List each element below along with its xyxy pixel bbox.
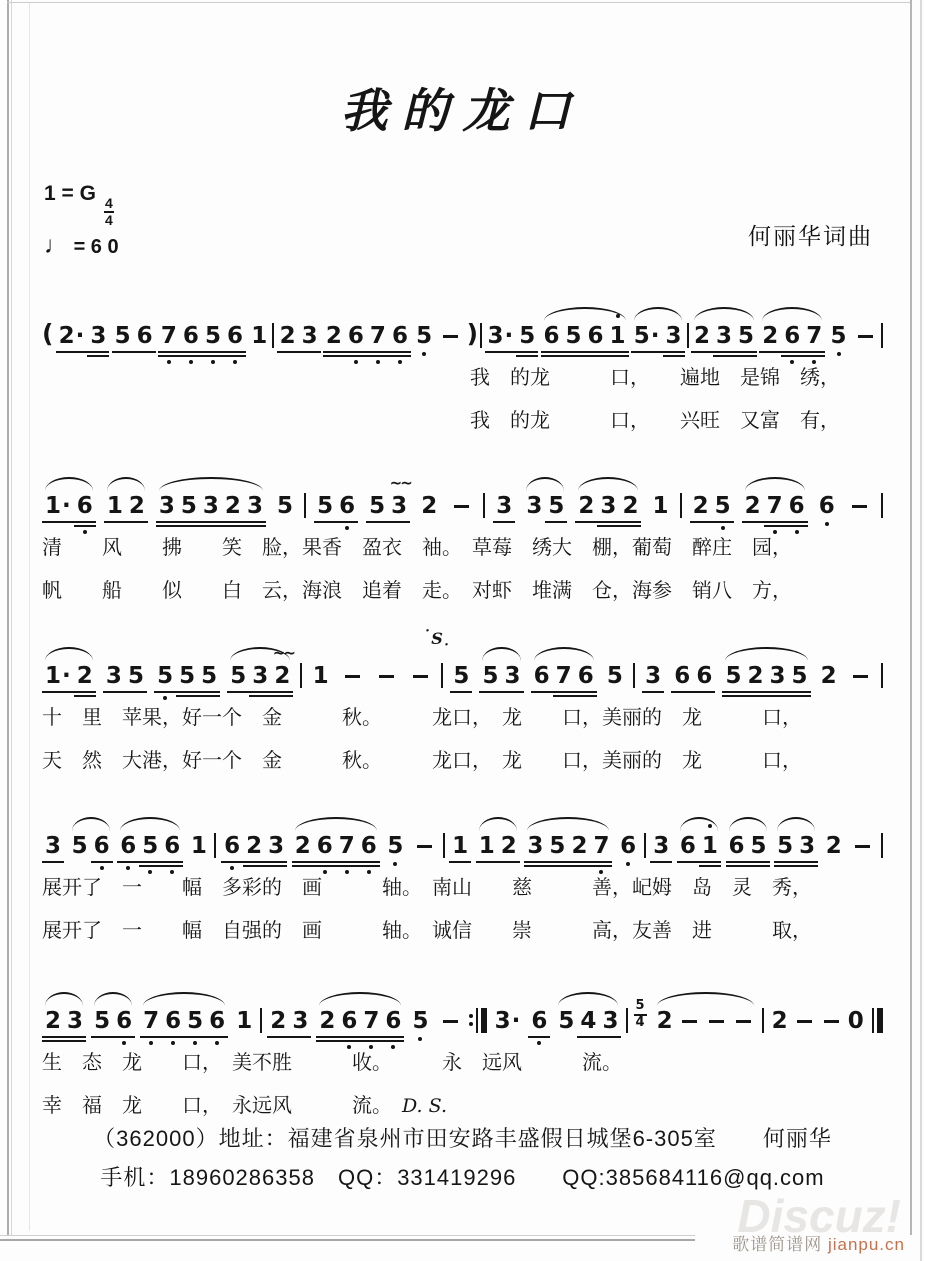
- beam-line: [563, 351, 585, 353]
- barline: [680, 493, 682, 518]
- note-digit: 3: [527, 833, 543, 859]
- note: 5: [184, 1008, 206, 1034]
- note-digit: 5: [157, 663, 173, 689]
- note: 5: [409, 1008, 431, 1034]
- beam-line: [42, 1036, 64, 1038]
- note: 3: [502, 663, 524, 689]
- note: 1: [607, 323, 629, 349]
- note: 2: [418, 493, 440, 519]
- note-digit: 6: [348, 323, 364, 349]
- note-group: 235: [691, 321, 757, 349]
- note: [448, 505, 475, 519]
- notation-line: (2·356765612326765)3·565615·32352675: [42, 291, 883, 349]
- note-digit: 5: [277, 493, 293, 519]
- lyric-line: 展开了 一 幅 自强的 画 轴。 诚信 崇 高，友善 进 取，: [42, 917, 883, 945]
- beam-line: [449, 861, 471, 863]
- note: 7: [336, 833, 358, 859]
- beam-line: [139, 865, 161, 867]
- note-digit: 1: [191, 833, 207, 859]
- note: 6: [224, 323, 246, 349]
- note: 5: [516, 323, 538, 349]
- beam-line: [316, 1040, 338, 1042]
- note-group: 1: [649, 491, 671, 519]
- slur-arc-icon: [762, 307, 822, 321]
- beam-line: [498, 861, 520, 863]
- note-group: 1·6: [42, 491, 96, 519]
- bar-thin-line: [626, 1008, 628, 1033]
- lyric-line: 我 的龙 口， 遍地 是锦 绣，: [42, 364, 883, 392]
- beam-line: [42, 861, 64, 863]
- duration-dash: [797, 1020, 812, 1023]
- barline: [687, 323, 689, 348]
- note-digit: 6: [317, 833, 333, 859]
- note-digit: 5: [128, 663, 144, 689]
- beam-line: [222, 521, 244, 523]
- sheet-music-page: 我的龙口 1 = G44 ♩ = 6 0 何丽华词曲 (2·3567656123…: [0, 0, 925, 1261]
- barline: [483, 493, 485, 518]
- note-digit: 5: [187, 1008, 203, 1034]
- beam-line: [154, 691, 176, 693]
- beam-line: [590, 865, 612, 867]
- note: 3: [249, 663, 271, 689]
- note: 5: [789, 663, 811, 689]
- note: 5: [604, 663, 626, 689]
- note: 2: [823, 833, 845, 859]
- beam-line: [476, 861, 498, 863]
- slur-arc-icon: [680, 817, 718, 831]
- beam-line: [642, 691, 664, 693]
- note-digit: 3: [666, 323, 682, 349]
- beam-line: [156, 521, 178, 523]
- slur-arc-icon: [45, 647, 93, 661]
- note: 5: [748, 833, 770, 859]
- barline: [762, 1008, 764, 1033]
- note: 5: [139, 833, 161, 859]
- duration-dash: [417, 845, 432, 848]
- note-group: 532~~: [227, 661, 293, 689]
- note-group: 543: [555, 1006, 621, 1034]
- barline: S: [441, 663, 443, 688]
- composer-credit: 何丽华词曲: [748, 218, 873, 251]
- slur-arc-icon: [534, 647, 594, 661]
- note-digit: 5: [230, 663, 246, 689]
- beam-line: [64, 1040, 86, 1042]
- beam-line: [744, 695, 766, 697]
- note-digit: 5: [179, 663, 195, 689]
- note: 2: [759, 323, 781, 349]
- beam-line: [74, 691, 96, 693]
- note: 2: [323, 323, 345, 349]
- note-digit: 3: [505, 663, 521, 689]
- note-group: 5235: [722, 661, 810, 689]
- note: 2: [243, 833, 265, 859]
- note: 1: [310, 663, 332, 689]
- beam-line: [112, 351, 134, 353]
- note-group: [411, 831, 438, 859]
- note: 3: [642, 663, 664, 689]
- note-group: 25: [690, 491, 734, 519]
- note: [849, 845, 876, 859]
- note-digit: 5: [751, 833, 767, 859]
- note-group: 6561: [541, 321, 629, 349]
- trill-icon: ~~: [273, 644, 294, 662]
- note-digit: 3: [653, 833, 669, 859]
- note-digit: 2: [246, 833, 262, 859]
- note: 3: [650, 833, 672, 859]
- beam-line: [502, 691, 524, 693]
- note: 1·: [42, 663, 74, 689]
- note: 6: [671, 663, 693, 689]
- notation-line: 1·235555532~~1S553676536652352: [42, 631, 883, 689]
- note-digit: 5: [831, 323, 847, 349]
- key-signature: 1 = G: [44, 182, 96, 205]
- lyric-line: 展开了 一 幅 多彩的 画 轴。 南山 慈 善，屺姆 岛 灵 秀，: [42, 874, 883, 902]
- note-group: 35: [103, 661, 147, 689]
- beam-line: [74, 695, 96, 697]
- note: 4: [577, 1008, 599, 1034]
- note-digit: 2: [578, 493, 594, 519]
- note: 5: [479, 663, 501, 689]
- low-octave-dot-icon: [215, 1041, 219, 1045]
- note-digit: 3: [45, 833, 61, 859]
- note-group: 5: [413, 321, 435, 349]
- note: 6: [585, 323, 607, 349]
- low-octave-dot-icon: [126, 866, 130, 870]
- beam-line: [338, 1036, 360, 1038]
- beam-line: [575, 691, 597, 693]
- note-digit: 3: [106, 663, 122, 689]
- note-digit: 6: [588, 323, 604, 349]
- note-digit: 3: [203, 493, 219, 519]
- note: 7: [367, 323, 389, 349]
- bar-thin-line: [881, 493, 883, 518]
- beam-line: [748, 861, 770, 863]
- note-digit: 6: [164, 833, 180, 859]
- note: 3: [523, 493, 545, 519]
- beam-line: [493, 521, 515, 523]
- time-signature: 44: [104, 196, 114, 227]
- note: 5: [125, 663, 147, 689]
- duration-dash: [853, 675, 868, 678]
- note-digit: 1: [610, 323, 626, 349]
- bar-thin-line: [304, 493, 306, 518]
- site-watermark: 歌谱简谱网 jianpu.cn: [732, 1230, 905, 1255]
- note: 7: [803, 323, 825, 349]
- beam-line: [389, 351, 411, 353]
- note: 2: [691, 323, 713, 349]
- beam-line: [485, 351, 517, 353]
- note: 7: [590, 833, 612, 859]
- lyric-line: 帆 船 似 白 云，海浪 追着 走。 对虾 堆满 仓，海参 销八 方，: [42, 577, 883, 605]
- beam-line: [87, 351, 109, 353]
- beam-line: [367, 355, 389, 357]
- note: [437, 1020, 464, 1034]
- note-digit: 2: [77, 663, 93, 689]
- beam-line: [722, 695, 744, 697]
- slur-arc-icon: [45, 477, 93, 491]
- note: 5: [413, 323, 435, 349]
- duration-dash: [736, 1020, 751, 1023]
- note-digit: 5: [549, 833, 565, 859]
- beam-line: [388, 521, 410, 523]
- slur-arc-icon: [526, 477, 564, 491]
- beam-line: [243, 861, 265, 863]
- beam-line: [568, 865, 590, 867]
- note-digit: 5: [412, 1008, 428, 1034]
- note-group: 6: [528, 1006, 550, 1034]
- note-digit: 1: [107, 493, 123, 519]
- ds-mark: D. S.: [402, 1095, 447, 1117]
- note-group: 12: [104, 491, 148, 519]
- note-digit: 1: [236, 1008, 252, 1034]
- score: (2·356765612326765)3·565615·32352675我 的龙…: [42, 291, 883, 1120]
- note: 6: [575, 663, 597, 689]
- note-group: 267: [759, 321, 825, 349]
- duration-dash: [413, 675, 428, 678]
- note-group: 2676: [292, 831, 380, 859]
- note-digit: 1: [313, 663, 329, 689]
- beam-line: [42, 1040, 64, 1042]
- note: 3: [767, 663, 789, 689]
- note-digit: 6: [578, 663, 594, 689]
- note: 2: [292, 833, 314, 859]
- beam-line: [267, 1036, 289, 1038]
- slur-arc-icon: [107, 477, 145, 491]
- beam-line: [180, 351, 202, 353]
- note-group: 7656: [158, 321, 246, 349]
- low-octave-dot-icon: [122, 1041, 126, 1045]
- high-octave-dot-icon: [616, 314, 620, 318]
- page-border-bottom: [0, 1239, 695, 1241]
- note-digit: 2: [326, 323, 342, 349]
- beam-line: [516, 351, 538, 353]
- barline: [214, 833, 216, 858]
- note: 6: [531, 663, 553, 689]
- note-digit: 5: [94, 1008, 110, 1034]
- note: 1: [233, 1008, 255, 1034]
- note: 6: [113, 1008, 135, 1034]
- beam-line: [64, 1036, 86, 1038]
- beam-line: [156, 525, 178, 527]
- barline: [272, 323, 274, 348]
- note: 5: [828, 323, 850, 349]
- beam-line: [299, 351, 321, 353]
- note-digit: 3: [799, 833, 815, 859]
- beam-line: [735, 351, 757, 353]
- duration-dash: [855, 845, 870, 848]
- slur-arc-icon: [694, 307, 754, 321]
- slur-arc-icon: [143, 992, 225, 1006]
- beam-line: [764, 525, 786, 527]
- note: 3: [200, 493, 222, 519]
- beam-line: [161, 865, 183, 867]
- note: 5: [69, 833, 91, 859]
- note: 7: [360, 1008, 382, 1034]
- note-digit: 3: [268, 833, 284, 859]
- note-digit: 4: [580, 1008, 596, 1034]
- low-octave-dot-icon: [537, 1041, 541, 1045]
- note: 6: [693, 663, 715, 689]
- note: [703, 1020, 730, 1034]
- lyric-line: 天 然 大港，好一个 金 秋。 龙口， 龙 口，美丽的 龙 口，: [42, 747, 883, 775]
- bar-thin-line: [680, 493, 682, 518]
- note: 6: [162, 1008, 184, 1034]
- beam-line: [796, 861, 818, 863]
- note: 2~~: [271, 663, 293, 689]
- note-group: 6: [816, 491, 838, 519]
- note-digit: 5: [715, 493, 731, 519]
- barline: [304, 493, 306, 518]
- bar-thin-line: [881, 833, 883, 858]
- note-digit: 5: [201, 663, 217, 689]
- page-border-left-faint: [29, 2, 30, 1231]
- beam-line: [113, 1036, 135, 1038]
- beam-line: [712, 521, 734, 523]
- beam-line: [781, 355, 803, 357]
- beam-line: [575, 695, 597, 697]
- note-group: 2: [418, 491, 440, 519]
- beam-line: [767, 691, 789, 693]
- note-group: 23: [42, 1006, 86, 1034]
- slur-arc-icon: [94, 992, 132, 1006]
- note-digit: 5: [777, 833, 793, 859]
- note: 5: [774, 833, 796, 859]
- note-digit: 3: [645, 663, 661, 689]
- note-digit: 2: [274, 663, 290, 689]
- note-digit: 5: [558, 1008, 574, 1034]
- note: 3: [265, 833, 287, 859]
- note: 2: [818, 663, 840, 689]
- note-group: 5·3: [631, 321, 685, 349]
- note-digit: 6: [674, 663, 690, 689]
- note: 7: [553, 663, 575, 689]
- beam-line: [389, 355, 411, 357]
- note-digit: 3: [391, 493, 407, 519]
- note-digit: 6: [94, 833, 110, 859]
- slur-arc-icon: [527, 817, 609, 831]
- beam-line: [366, 521, 388, 523]
- note-group: [437, 321, 464, 349]
- note-group: [339, 661, 366, 689]
- note-group: 20: [769, 1006, 867, 1034]
- beam-line: [575, 521, 597, 523]
- note-digit: 5: [725, 663, 741, 689]
- beam-line: [619, 525, 641, 527]
- note: [818, 1020, 845, 1034]
- note-digit: 2: [693, 493, 709, 519]
- note: 2: [742, 493, 764, 519]
- watermark-site: 歌谱简谱网: [732, 1235, 822, 1254]
- note-digit: 1: [452, 833, 468, 859]
- page-border-right-outer: [920, 0, 922, 1261]
- beam-line: [786, 525, 808, 527]
- note: 3: [599, 1008, 621, 1034]
- note-digit: 2: [745, 493, 761, 519]
- note-group: 1: [188, 831, 210, 859]
- tsig-numerator: 5: [636, 999, 645, 1013]
- note-digit: 0: [848, 1008, 864, 1034]
- note: 5: [712, 493, 734, 519]
- note-group: 66: [671, 661, 715, 689]
- beam-line: [524, 861, 546, 863]
- low-octave-dot-icon: [100, 866, 104, 870]
- beam-line: [545, 521, 567, 523]
- page-border-top: [7, 2, 911, 3]
- low-octave-dot-icon: [837, 352, 841, 356]
- beam-line: [726, 861, 748, 863]
- note: 1: [699, 833, 721, 859]
- note: 6: [206, 1008, 228, 1034]
- note-digit: 2: [280, 323, 296, 349]
- note: 2: [769, 1008, 791, 1034]
- beam-line: [524, 865, 546, 867]
- note: 6: [382, 1008, 404, 1034]
- note-digit: 1: [45, 663, 61, 689]
- beam-line: [541, 355, 563, 357]
- note-group: 56: [314, 491, 358, 519]
- beam-line: [546, 865, 568, 867]
- note-digit: 3: [67, 1008, 83, 1034]
- time-signature-change: 54: [634, 999, 647, 1030]
- bar-thin-line: [300, 663, 302, 688]
- beam-line: [803, 355, 825, 357]
- note-digit: 5: [142, 833, 158, 859]
- note: 6: [726, 833, 748, 859]
- beam-line: [198, 695, 220, 697]
- note: [852, 335, 879, 349]
- duration-dash: [443, 335, 458, 338]
- lyric-line: 清 风 拂 笑 脸，果香 盈衣 袖。 草莓 绣大 棚，葡萄 醉庄 园，: [42, 534, 883, 562]
- beam-line: [161, 861, 183, 863]
- note-group: 3: [42, 831, 64, 859]
- note: 2: [654, 1008, 676, 1034]
- beam-line: [292, 865, 314, 867]
- song-title: 我的龙口: [0, 0, 925, 141]
- notation-line: 1·6123532355653~~23352321252766: [42, 461, 883, 519]
- note-digit: 3: [496, 493, 512, 519]
- beam-line: [744, 691, 766, 693]
- note-digit: 2: [694, 323, 710, 349]
- note-digit: 5: [738, 323, 754, 349]
- beam-line: [699, 865, 721, 867]
- note: 6: [221, 833, 243, 859]
- note: [339, 675, 366, 689]
- note: 3: [244, 493, 266, 519]
- note: 3: [42, 833, 64, 859]
- beam-line: [202, 351, 224, 353]
- beam-line: [265, 865, 287, 867]
- note-digit: 3: [716, 323, 732, 349]
- beam-line: [577, 1036, 599, 1038]
- low-octave-dot-icon: [626, 862, 630, 866]
- note: 7: [140, 1008, 162, 1034]
- barline: [626, 1008, 628, 1033]
- augmentation-dot-icon: ·: [505, 323, 514, 349]
- note: 1·: [42, 493, 74, 519]
- note-digit: 3: [292, 1008, 308, 1034]
- note-digit: 3: [159, 493, 175, 519]
- note-digit: 5: [548, 493, 564, 519]
- note-digit: 6: [209, 1008, 225, 1034]
- barline: [469, 1008, 487, 1033]
- beam-line: [56, 351, 88, 353]
- note: 5: [314, 493, 336, 519]
- beam-line: [726, 865, 748, 867]
- slur-arc-icon: [72, 817, 110, 831]
- note: 6: [541, 323, 563, 349]
- note: 3~~: [388, 493, 410, 519]
- beam-line: [699, 861, 721, 863]
